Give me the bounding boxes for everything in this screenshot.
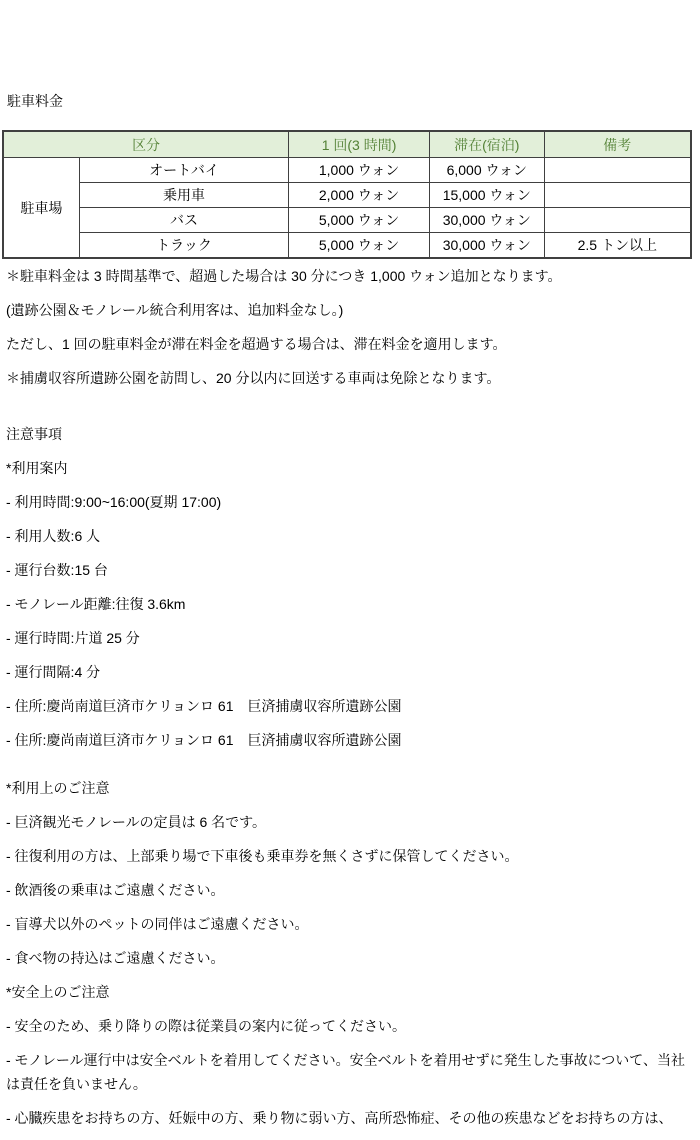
usage-info-heading: *利用案内 <box>6 456 694 480</box>
cell-per-use-fee: 5,000 ウォン <box>289 208 430 233</box>
header-division: 区分 <box>3 131 289 158</box>
header-remarks: 備考 <box>544 131 691 158</box>
cell-stay-fee: 15,000 ウォン <box>429 183 544 208</box>
usage-info-item: - 運行台数:15 台 <box>6 558 694 582</box>
row-group-label: 駐車場 <box>3 158 79 259</box>
cell-remarks <box>544 183 691 208</box>
cell-vehicle-type: トラック <box>79 233 288 259</box>
cell-per-use-fee: 2,000 ウォン <box>289 183 430 208</box>
usage-info-item: - モノレール距離:往復 3.6km <box>6 592 694 616</box>
cell-stay-fee: 30,000 ウォン <box>429 233 544 259</box>
safety-item: - モノレール運行中は安全ベルトを着用してください。安全ベルトを着用せずに発生し… <box>6 1048 694 1096</box>
safety-item: - 心臓疾患をお持ちの方、妊娠中の方、乗り物に弱い方、高所恐怖症、その他の疾患な… <box>6 1106 694 1130</box>
header-per-use: 1 回(3 時間) <box>289 131 430 158</box>
cell-vehicle-type: 乗用車 <box>79 183 288 208</box>
cell-stay-fee: 6,000 ウォン <box>429 158 544 183</box>
safety-item: - 安全のため、乗り降りの際は従業員の案内に従ってください。 <box>6 1014 694 1038</box>
page-title: 駐車料金 <box>7 89 694 113</box>
table-row: トラック 5,000 ウォン 30,000 ウォン 2.5 トン以上 <box>3 233 691 259</box>
usage-caution-item: - 飲酒後の乗車はご遠慮ください。 <box>6 878 694 902</box>
usage-info-item: - 住所:慶尚南道巨済市ケリョンロ 61 巨済捕虜収容所遺跡公園 <box>6 728 694 752</box>
usage-info-item: - 運行間隔:4 分 <box>6 660 694 684</box>
cell-vehicle-type: オートバイ <box>79 158 288 183</box>
usage-info-item: - 利用時間:9:00~16:00(夏期 17:00) <box>6 490 694 514</box>
safety-heading: *安全上のご注意 <box>6 980 694 1004</box>
usage-info-item: - 住所:慶尚南道巨済市ケリョンロ 61 巨済捕虜収容所遺跡公園 <box>6 694 694 718</box>
usage-info-item: - 運行時間:片道 25 分 <box>6 626 694 650</box>
usage-caution-item: - 盲導犬以外のペットの同伴はご遠慮ください。 <box>6 912 694 936</box>
table-row: 乗用車 2,000 ウォン 15,000 ウォン <box>3 183 691 208</box>
table-note: (遺跡公園＆モノレール統合利用客は、追加料金なし。) <box>6 298 694 322</box>
table-row: 駐車場 オートバイ 1,000 ウォン 6,000 ウォン <box>3 158 691 183</box>
usage-caution-item: - 往復利用の方は、上部乗り場で下車後も乗車券を無くさずに保管してください。 <box>6 844 694 868</box>
usage-caution-heading: *利用上のご注意 <box>6 776 694 800</box>
table-note: ＊捕虜収容所遺跡公園を訪問し、20 分以内に回送する車両は免除となります。 <box>6 366 694 390</box>
table-note: ただし、1 回の駐車料金が滞在料金を超過する場合は、滞在料金を適用します。 <box>6 332 694 356</box>
table-header-row: 区分 1 回(3 時間) 滞在(宿泊) 備考 <box>3 131 691 158</box>
notice-heading: 注意事項 <box>6 422 694 446</box>
cell-per-use-fee: 5,000 ウォン <box>289 233 430 259</box>
usage-caution-item: - 食べ物の持込はご遠慮ください。 <box>6 946 694 970</box>
table-row: バス 5,000 ウォン 30,000 ウォン <box>3 208 691 233</box>
table-note: ＊駐車料金は 3 時間基準で、超過した場合は 30 分につき 1,000 ウォン… <box>6 264 694 288</box>
cell-remarks <box>544 158 691 183</box>
parking-fee-table: 区分 1 回(3 時間) 滞在(宿泊) 備考 駐車場 オートバイ 1,000 ウ… <box>2 130 692 259</box>
cell-per-use-fee: 1,000 ウォン <box>289 158 430 183</box>
cell-vehicle-type: バス <box>79 208 288 233</box>
usage-info-item: - 利用人数:6 人 <box>6 524 694 548</box>
cell-remarks: 2.5 トン以上 <box>544 233 691 259</box>
document: 駐車料金 区分 1 回(3 時間) 滞在(宿泊) 備考 駐車場 オートバイ 1,… <box>0 0 700 1130</box>
cell-remarks <box>544 208 691 233</box>
header-stay: 滞在(宿泊) <box>429 131 544 158</box>
cell-stay-fee: 30,000 ウォン <box>429 208 544 233</box>
usage-caution-item: - 巨済観光モノレールの定員は 6 名です。 <box>6 810 694 834</box>
